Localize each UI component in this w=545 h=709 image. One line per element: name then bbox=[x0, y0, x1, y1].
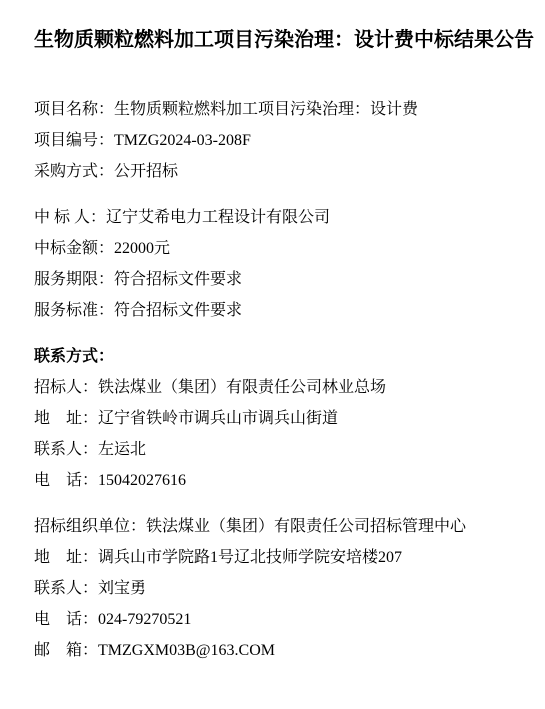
service-period-value: 符合招标文件要求 bbox=[114, 271, 242, 288]
organizer-address-label: 地 址： bbox=[34, 549, 98, 566]
tenderer-line: 招标人：铁法煤业（集团）有限责任公司林业总场 bbox=[34, 372, 509, 403]
document-page: 生物质颗粒燃料加工项目污染治理：设计费中标结果公告 项目名称：生物质颗粒燃料加工… bbox=[0, 0, 545, 709]
tenderer-contact-person-label: 联系人： bbox=[34, 441, 98, 458]
organizer-line: 招标组织单位：铁法煤业（集团）有限责任公司招标管理中心 bbox=[34, 511, 509, 542]
organizer-email-label: 邮 箱： bbox=[34, 642, 98, 659]
organizer-value: 铁法煤业（集团）有限责任公司招标管理中心 bbox=[146, 518, 466, 535]
project-number-label: 项目编号： bbox=[34, 132, 114, 149]
award-amount-label: 中标金额： bbox=[34, 240, 114, 257]
project-number-line: 项目编号：TMZG2024-03-208F bbox=[34, 125, 509, 156]
procurement-method-label: 采购方式： bbox=[34, 163, 114, 180]
tenderer-label: 招标人： bbox=[34, 379, 98, 396]
project-name-label: 项目名称： bbox=[34, 101, 114, 118]
tenderer-address-value: 辽宁省铁岭市调兵山市调兵山街道 bbox=[98, 410, 338, 427]
winner-value: 辽宁艾希电力工程设计有限公司 bbox=[106, 209, 330, 226]
procurement-method-value: 公开招标 bbox=[114, 163, 178, 180]
organizer-email-value: TMZGXM03B@163.COM bbox=[98, 642, 275, 659]
project-info-section: 项目名称：生物质颗粒燃料加工项目污染治理：设计费 项目编号：TMZG2024-0… bbox=[34, 94, 509, 187]
award-amount-value: 22000元 bbox=[114, 240, 170, 257]
tenderer-contact-person-line: 联系人：左运北 bbox=[34, 434, 509, 465]
organizer-phone-label: 电 话： bbox=[34, 611, 98, 628]
service-standard-label: 服务标准： bbox=[34, 302, 114, 319]
organizer-phone-value: 024-79270521 bbox=[98, 611, 191, 628]
award-amount-line: 中标金额：22000元 bbox=[34, 233, 509, 264]
organizer-email-line: 邮 箱：TMZGXM03B@163.COM bbox=[34, 635, 509, 666]
tenderer-phone-line: 电 话：15042027616 bbox=[34, 465, 509, 496]
organizer-contact-person-value: 刘宝勇 bbox=[98, 580, 146, 597]
organizer-section: 招标组织单位：铁法煤业（集团）有限责任公司招标管理中心 地 址：调兵山市学院路1… bbox=[34, 511, 509, 666]
tenderer-phone-label: 电 话： bbox=[34, 472, 98, 489]
organizer-contact-person-line: 联系人：刘宝勇 bbox=[34, 573, 509, 604]
tenderer-value: 铁法煤业（集团）有限责任公司林业总场 bbox=[98, 379, 386, 396]
contact-section-heading: 联系方式： bbox=[34, 341, 509, 372]
project-name-value: 生物质颗粒燃料加工项目污染治理：设计费 bbox=[114, 101, 418, 118]
service-period-line: 服务期限：符合招标文件要求 bbox=[34, 264, 509, 295]
procurement-method-line: 采购方式：公开招标 bbox=[34, 156, 509, 187]
winner-line: 中 标 人：辽宁艾希电力工程设计有限公司 bbox=[34, 202, 509, 233]
announcement-title: 生物质颗粒燃料加工项目污染治理：设计费中标结果公告 bbox=[34, 26, 509, 54]
organizer-phone-line: 电 话：024-79270521 bbox=[34, 604, 509, 635]
service-standard-value: 符合招标文件要求 bbox=[114, 302, 242, 319]
organizer-address-line: 地 址：调兵山市学院路1号辽北技师学院安培楼207 bbox=[34, 542, 509, 573]
project-number-value: TMZG2024-03-208F bbox=[114, 132, 251, 149]
tenderer-phone-value: 15042027616 bbox=[98, 472, 186, 489]
tenderer-address-label: 地 址： bbox=[34, 410, 98, 427]
organizer-address-value: 调兵山市学院路1号辽北技师学院安培楼207 bbox=[98, 549, 402, 566]
award-info-section: 中 标 人：辽宁艾希电力工程设计有限公司 中标金额：22000元 服务期限：符合… bbox=[34, 202, 509, 326]
organizer-label: 招标组织单位： bbox=[34, 518, 146, 535]
project-name-line: 项目名称：生物质颗粒燃料加工项目污染治理：设计费 bbox=[34, 94, 509, 125]
service-standard-line: 服务标准：符合招标文件要求 bbox=[34, 295, 509, 326]
service-period-label: 服务期限： bbox=[34, 271, 114, 288]
tenderer-contact-person-value: 左运北 bbox=[98, 441, 146, 458]
tenderer-address-line: 地 址：辽宁省铁岭市调兵山市调兵山街道 bbox=[34, 403, 509, 434]
contact-section: 联系方式： 招标人：铁法煤业（集团）有限责任公司林业总场 地 址：辽宁省铁岭市调… bbox=[34, 341, 509, 496]
winner-label: 中 标 人： bbox=[34, 209, 106, 226]
organizer-contact-person-label: 联系人： bbox=[34, 580, 98, 597]
